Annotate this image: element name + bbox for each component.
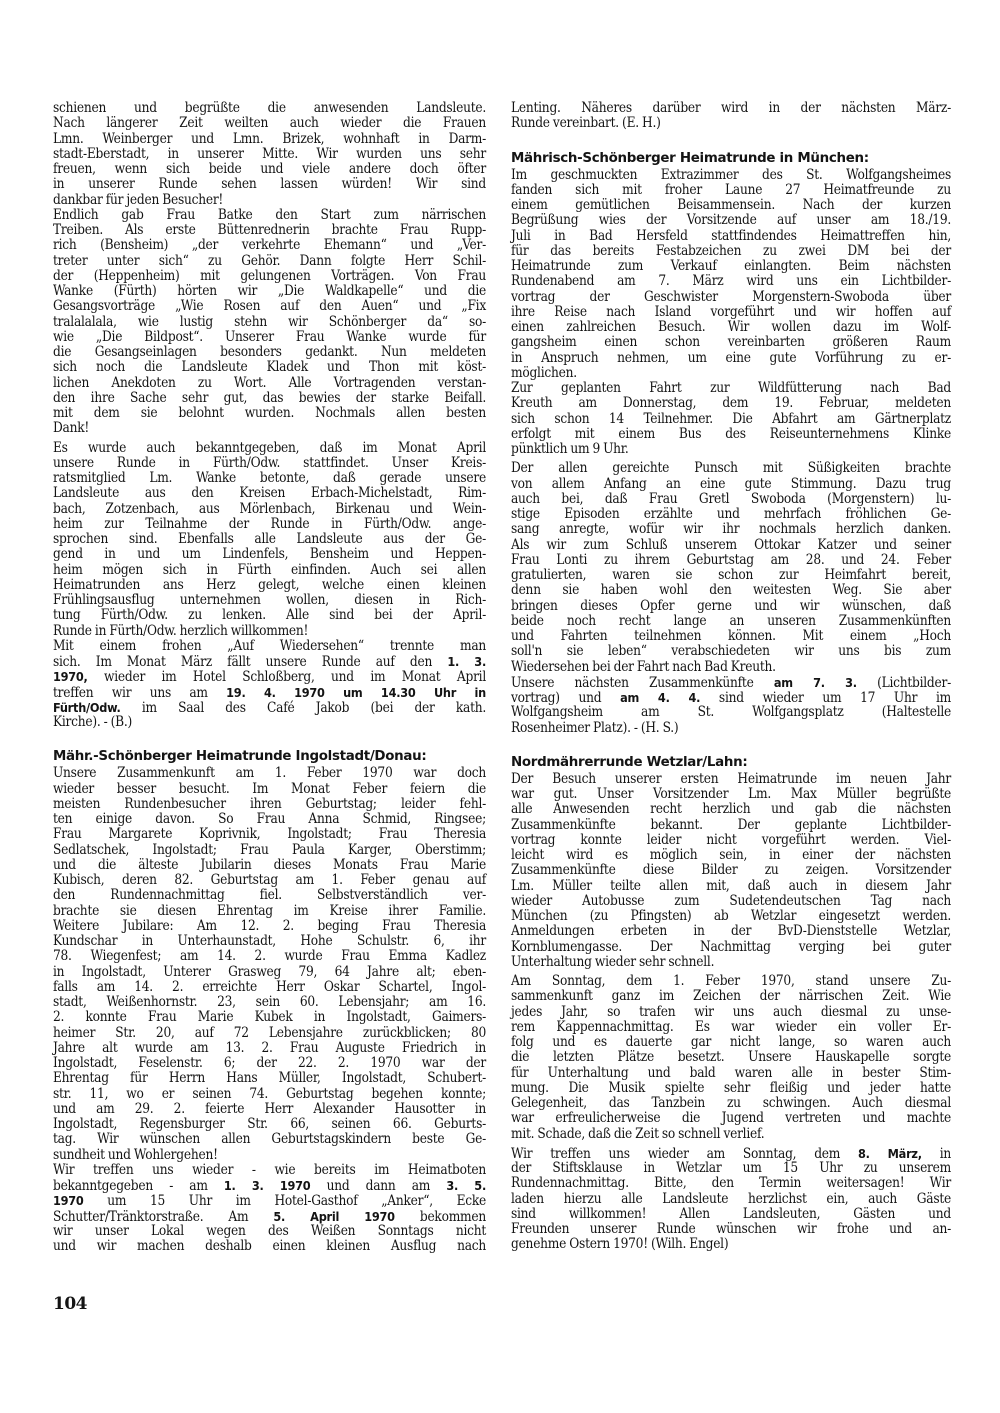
text-segment: um 15 Uhr im Hotel-Gasthof „Anker“, Ecke — [107, 1193, 486, 1209]
muenchen-paragraph-2: Zur geplanten Fahrt zur Wildfütterung na… — [511, 381, 951, 457]
text-line: in Ingolstadt, Unterer Grasweg 79, 64 Ja… — [53, 965, 486, 980]
text-line: Unterhaltung wieder sehr schnell. — [511, 955, 951, 970]
text-line: und die älteste Jubilarin dieses Monats … — [53, 858, 486, 873]
text-line: stadt-Eberstadt, in unserer Mitte. Wir w… — [53, 147, 486, 162]
right-column: Lenting. Näheres darüber wird in der näc… — [511, 101, 951, 1253]
text-line: falls am 14. 2. erreichte Herr Oskar Sch… — [53, 980, 486, 995]
ingolstadt-paragraph-1: Unsere Zusammenkunft am 1. Feber 1970 wa… — [53, 766, 486, 1163]
text-line: Rundennachmittag. Bitte, den Termin weit… — [511, 1176, 951, 1191]
text-line: Wir treffen uns wieder am Sonntag, dem 8… — [511, 1146, 951, 1161]
text-line: für das bereits Festabzeichen zu zwei DM… — [511, 244, 951, 259]
text-line: ratsmitglied Lm. Wanke betonte, daß gera… — [53, 471, 486, 486]
muenchen-paragraph-4: Unsere nächsten Zusammenkünfte am 7. 3. … — [511, 675, 951, 736]
text-segment: bekanntgegeben - am — [53, 1178, 208, 1194]
text-line: Freunden unserer Runde wünschen wir froh… — [511, 1222, 951, 1237]
article-intro-paragraph-4: Mit einem frohen „Auf Wiedersehen“ trenn… — [53, 639, 486, 731]
text-line: in unserer Runde sehen lassen würden! Wi… — [53, 177, 486, 192]
text-line: 1970 um 15 Uhr im Hotel-Gasthof „Anker“,… — [53, 1193, 486, 1208]
text-line: Wolfgangsheim am St. Wolfgangsplatz (Hal… — [511, 705, 951, 720]
text-line: mit. Schade, daß die Zeit so schnell ver… — [511, 1127, 951, 1142]
text-line: Rundenabend am 7. März wird uns ein Lich… — [511, 274, 951, 289]
text-line: sind willkommen! Allen Landsleuten, Gäst… — [511, 1207, 951, 1222]
text-line: rem Kappennachmittag. Es war wieder ein … — [511, 1020, 951, 1035]
text-line: Unsere nächsten Zusammenkünfte am 7. 3. … — [511, 675, 951, 690]
text-line: Ingolstadt, Regensburger Str. 66, seinen… — [53, 1117, 486, 1132]
text-line: Nach längerer Zeit weilten auch wieder d… — [53, 116, 486, 131]
date-highlight: 5. April 1970 — [273, 1209, 394, 1224]
text-line: in Anspruch nehmen, um eine gute Vorführ… — [511, 351, 951, 366]
continuation-paragraph: Lenting. Näheres darüber wird in der näc… — [511, 101, 951, 132]
text-line: ten einige davon. So Frau Anna Schmid, R… — [53, 812, 486, 827]
text-line: vortrag konnte leider nicht vorgeführt w… — [511, 833, 951, 848]
text-line: vortrag der Geschwister Morgenstern-Swob… — [511, 290, 951, 305]
section-heading-wetzlar: Nordmährerrunde Wetzlar/Lahn: — [511, 754, 951, 772]
text-line: Zur geplanten Fahrt zur Wildfütterung na… — [511, 381, 951, 396]
text-line: einem gemütlichen Beisammensein. Nach de… — [511, 198, 951, 213]
text-line: Kirche). - (B.) — [53, 715, 486, 730]
text-line: heim mögen sich in Fürth einfinden. Auch… — [53, 563, 486, 578]
text-line: wie „Die Bildpost“. Unserer Frau Wanke w… — [53, 330, 486, 345]
text-line: Lmn. Weinberger und Lmn. Brizek, wohnhaf… — [53, 132, 486, 147]
text-line: war erfreulicherweise die Jugend vertret… — [511, 1111, 951, 1126]
text-line: stige Episoden erzählte und mehrfach frö… — [511, 507, 951, 522]
text-line: meisten Rundenbesucher ihren Geburtstag;… — [53, 797, 486, 812]
text-line: und Fahrten teilnehmen können. Mit einem… — [511, 629, 951, 644]
text-line: treter unter sich“ zu Gehör. Dann folgte… — [53, 254, 486, 269]
text-line: bringen dieses Opfer gerne und wir wünsc… — [511, 599, 951, 614]
text-line: Kundschar in Unterhaunstadt, Hohe Schuls… — [53, 934, 486, 949]
muenchen-paragraph-1: Im geschmuckten Extrazimmer des St. Wolf… — [511, 168, 951, 382]
section-heading-muenchen: Mährisch-Schönberger Heimatrunde in Münc… — [511, 150, 951, 168]
text-line: gangsheim einen schon vereinbarten größe… — [511, 335, 951, 350]
text-segment: im Saal des Café Jakob (bei der kath. — [142, 700, 486, 716]
text-line: wieder besser besucht. Im Monat Feber fe… — [53, 782, 486, 797]
text-line: str. 11, wo er seinen 74. Geburtstag beg… — [53, 1087, 486, 1102]
text-line: den Rundennachmittag fiel. Selbstverstän… — [53, 888, 486, 903]
article-intro-paragraph-1: schienen und begrüßte die anwesenden Lan… — [53, 101, 486, 208]
text-line: fanden sich mit froher Laune 27 Heimatfr… — [511, 183, 951, 198]
text-line: mit dem sie belohnt wurden. Nochmals all… — [53, 406, 486, 421]
date-highlight: am 4. 4. — [620, 690, 700, 705]
text-segment: treffen wir uns am — [53, 685, 208, 701]
text-line: Heimatrunden ans Herz gelegt, welche ein… — [53, 578, 486, 593]
text-line: Begrüßung wies der Vorsitzende auf unser… — [511, 213, 951, 228]
text-line: Wir treffen uns wieder - wie bereits im … — [53, 1163, 486, 1178]
text-line: Frau Lonti zu ihrem Geburtstag am 28. un… — [511, 553, 951, 568]
wetzlar-paragraph-3: Wir treffen uns wieder am Sonntag, dem 8… — [511, 1146, 951, 1253]
text-line: Heimatrunde zum Verkauf einlangten. Beim… — [511, 259, 951, 274]
text-line: Als wir zum Schluß unserem Ottokar Katze… — [511, 538, 951, 553]
text-segment: und dann am — [327, 1178, 431, 1194]
text-line: pünktlich um 9 Uhr. — [511, 442, 951, 457]
ingolstadt-paragraph-2: Wir treffen uns wieder - wie bereits im … — [53, 1163, 486, 1255]
text-line: war gut. Unser Vorsitzender Lm. Max Müll… — [511, 787, 951, 802]
text-line: Landsleute aus den Kreisen Erbach-Michel… — [53, 486, 486, 501]
wetzlar-paragraph-2: Am Sonntag, dem 1. Feber 1970, stand uns… — [511, 974, 951, 1142]
text-line: ihre Reise nach Island vorgeführt und wi… — [511, 305, 951, 320]
text-line: und wir machen deshalb einen kleinen Aus… — [53, 1239, 486, 1254]
text-line: Endlich gab Frau Batke den Start zum när… — [53, 208, 486, 223]
text-line: jedes Jahr, so trafen wir uns auch diesm… — [511, 1005, 951, 1020]
text-line: Der Besuch unserer ersten Heimatrunde im… — [511, 772, 951, 787]
text-line: möglichen. — [511, 366, 951, 381]
text-line: Gesangsvorträge „Wie Rosen auf den Auen“… — [53, 299, 486, 314]
text-line: München (zu Pfingsten) ab Wetzlar einges… — [511, 909, 951, 924]
article-intro-paragraph-2: Endlich gab Frau Batke den Start zum när… — [53, 208, 486, 437]
text-line: Wiedersehen bei der Fahrt nach Bad Kreut… — [511, 660, 951, 675]
text-line: Frühlingsausflug unternehmen wollen, die… — [53, 593, 486, 608]
page-number: 104 — [53, 1294, 87, 1314]
text-line: sammenkunft ganz im Zeichen der närrisch… — [511, 989, 951, 1004]
date-highlight: 1. 3. 1970 — [224, 1178, 310, 1193]
text-line: Kubisch, deren 82. Geburtstag am 1. Febe… — [53, 873, 486, 888]
text-line: vortrag) und am 4. 4. sind wieder um 17 … — [511, 690, 951, 705]
date-highlight: 1970 — [53, 1193, 84, 1208]
text-line: freuen, wenn sich beide und viele andere… — [53, 162, 486, 177]
text-segment: Unsere nächsten Zusammenkünfte — [511, 675, 754, 691]
text-line: sich schon 14 Teilnehmer. Die Abfahrt am… — [511, 412, 951, 427]
text-line: Im geschmuckten Extrazimmer des St. Wolf… — [511, 168, 951, 183]
text-line: folg und es dauerte gar nicht lange, so … — [511, 1035, 951, 1050]
text-line: brachte sie diesen Ehrentag im Kreise ih… — [53, 904, 486, 919]
text-line: schienen und begrüßte die anwesenden Lan… — [53, 101, 486, 116]
text-line: Kornblumengasse. Der Nachmittag verging … — [511, 940, 951, 955]
text-line: gend in und um Lindenfels, Bensheim und … — [53, 547, 486, 562]
text-line: Runde vereinbart. (E. H.) — [511, 116, 951, 131]
text-line: Dank! — [53, 421, 486, 436]
text-line: Der allen gereichte Punsch mit Süßigkeit… — [511, 461, 951, 476]
text-line: Lm. Müller teilte allen mit, daß auch in… — [511, 879, 951, 894]
text-line: tung Fürth/Odw. zu lenken. Alle sind bei… — [53, 608, 486, 623]
text-line: für Unterhaltung und bald waren alle in … — [511, 1066, 951, 1081]
text-line: der (Heppenheim) mit gelungenen Vorträge… — [53, 269, 486, 284]
text-line: leicht wird es möglich sein, in einer de… — [511, 848, 951, 863]
text-line: bekanntgegeben - am 1. 3. 1970 und dann … — [53, 1178, 486, 1193]
text-line: tag. Wir wünschen allen Geburtstagskinde… — [53, 1132, 486, 1147]
text-line: beide noch recht lange an unseren Zusamm… — [511, 614, 951, 629]
date-highlight: 8. März, — [858, 1146, 922, 1161]
text-line: tralalalala, wie lustig stehn wir Schönb… — [53, 315, 486, 330]
text-line: Mit einem frohen „Auf Wiedersehen“ trenn… — [53, 639, 486, 654]
date-highlight: 1. 3. — [447, 654, 486, 669]
text-line: von allem Anfang an eine gute Stimmung. … — [511, 477, 951, 492]
section-heading-ingolstadt: Mähr.-Schönberger Heimatrunde Ingolstadt… — [53, 748, 486, 766]
text-line: wir unser Lokal wegen des Weißen Sonntag… — [53, 1224, 486, 1239]
text-line: sundheit und Wohlergehen! — [53, 1148, 486, 1163]
date-highlight: 19. 4. 1970 um 14.30 Uhr in — [226, 685, 486, 700]
text-line: Am Sonntag, dem 1. Feber 1970, stand uns… — [511, 974, 951, 989]
text-line: gratulierten, waren sie schon zur Heimfa… — [511, 568, 951, 583]
left-column: schienen und begrüßte die anwesenden Lan… — [53, 101, 486, 1254]
text-line: Wanke (Fürth) hörten wir „Die Waldkapell… — [53, 284, 486, 299]
text-line: den ihre Sache sehr gut, das bewies der … — [53, 391, 486, 406]
text-line: einen zahlreichen Besuch. Wir wollen daz… — [511, 320, 951, 335]
text-line: Jahre alt wurde am 13. 2. Frau Auguste F… — [53, 1041, 486, 1056]
text-line: der Stiftsklause in Wetzlar um 15 Uhr zu… — [511, 1161, 951, 1176]
text-line: alle Anwesenden recht herzlich und gab d… — [511, 802, 951, 817]
text-line: 1970, wieder im Hotel Schloßberg, und im… — [53, 669, 486, 684]
text-line: Gelegenheit, das Tanzbein zu schwingen. … — [511, 1096, 951, 1111]
text-line: Frau Margarete Koprivnik, Ingolstadt; Fr… — [53, 827, 486, 842]
text-line: laden hierzu alle Landsleute herzlichst … — [511, 1192, 951, 1207]
text-line: dankbar für jeden Besucher! — [53, 193, 486, 208]
article-intro-paragraph-3: Es wurde auch bekanntgegeben, daß im Mon… — [53, 441, 486, 639]
text-line: mung. Die Musik spielte sehr fleißig und… — [511, 1081, 951, 1096]
text-line: rich (Bensheim) „der verkehrte Ehemann“ … — [53, 238, 486, 253]
text-line: Kreuth am Donnerstag, dem 19. Februar, m… — [511, 396, 951, 411]
text-segment: wieder im Hotel Schloßberg, und im Monat… — [104, 669, 486, 685]
text-line: Lenting. Näheres darüber wird in der näc… — [511, 101, 951, 116]
text-line: soll'n sie leben“ verabschiedeten wir un… — [511, 644, 951, 659]
text-segment: (Lichtbilder- — [877, 675, 951, 691]
text-segment: sich. Im Monat März fällt unsere Runde a… — [53, 654, 432, 670]
text-line: stadt, Weißenhornstr. 23, sein 60. Leben… — [53, 995, 486, 1010]
text-line: Weitere Jubilare: Am 12. 2. beging Frau … — [53, 919, 486, 934]
text-line: Schutter/Tränktorstraße. Am 5. April 197… — [53, 1209, 486, 1224]
text-line: treffen wir uns am 19. 4. 1970 um 14.30 … — [53, 685, 486, 700]
text-line: lichen Anekdoten zu Wort. Alle Vortragen… — [53, 376, 486, 391]
text-line: Treiben. Als erste Büttenrednerin bracht… — [53, 223, 486, 238]
text-line: sang anregte, wofür wir ihr nochmals her… — [511, 522, 951, 537]
text-line: Rosenheimer Platz). - (H. S.) — [511, 721, 951, 736]
text-line: heimer Str. 20, auf 72 Lebensjahre zurüc… — [53, 1026, 486, 1041]
text-line: genehme Ostern 1970! (Wilh. Engel) — [511, 1237, 951, 1252]
text-line: sprochen sind. Ebenfalls alle Landsleute… — [53, 532, 486, 547]
text-line: erfolgt mit einem Bus des Reiseunternehm… — [511, 427, 951, 442]
text-line: Sedlatschek, Ingolstadt; Frau Paula Karg… — [53, 843, 486, 858]
date-highlight: am 7. 3. — [774, 675, 857, 690]
text-line: Ingolstadt, Feselenstr. 6; der 22. 2. 19… — [53, 1056, 486, 1071]
text-line: wieder Autobusse zum Sudetendeutschen Ta… — [511, 894, 951, 909]
wetzlar-paragraph-1: Der Besuch unserer ersten Heimatrunde im… — [511, 772, 951, 970]
text-line: Unsere Zusammenkunft am 1. Feber 1970 wa… — [53, 766, 486, 781]
text-line: unsere Runde in Fürth/Odw. stattfindet. … — [53, 456, 486, 471]
text-line: denn sie haben wohl den weitesten Weg. S… — [511, 583, 951, 598]
text-line: sich. Im Monat März fällt unsere Runde a… — [53, 654, 486, 669]
text-line: Zusammenkünfte diese Bilder zu zeigen. V… — [511, 863, 951, 878]
text-line: und am 29. 2. feierte Herr Alexander Hau… — [53, 1102, 486, 1117]
date-highlight: 3. 5. — [446, 1178, 486, 1193]
text-line: 2. konnte Frau Marie Kubek in Ingolstadt… — [53, 1010, 486, 1025]
text-line: Runde in Fürth/Odw. herzlich willkommen! — [53, 624, 486, 639]
text-line: bach, Zotzenbach, aus Mörlenbach, Birken… — [53, 502, 486, 517]
text-line: die letzten Plätze besetzt. Unsere Hausk… — [511, 1050, 951, 1065]
text-line: Es wurde auch bekanntgegeben, daß im Mon… — [53, 441, 486, 456]
date-highlight: 1970, — [53, 669, 88, 684]
text-line: 78. Wiegenfest; am 14. 2. wurde Frau Emm… — [53, 949, 486, 964]
muenchen-paragraph-3: Der allen gereichte Punsch mit Süßigkeit… — [511, 461, 951, 675]
text-line: auch bei, daß Frau Gretl Swoboda (Morgen… — [511, 492, 951, 507]
text-line: sich noch die Landsleute Kladek und Thon… — [53, 360, 486, 375]
text-line: die Gesangseinlagen besonders gedankt. N… — [53, 345, 486, 360]
text-line: Zusammenkünfte bekannt. Der geplante Lic… — [511, 818, 951, 833]
location-highlight: Fürth/Odw. — [53, 700, 121, 715]
text-line: heim zur Teilnahme der Runde in Fürth/Od… — [53, 517, 486, 532]
text-line: Fürth/Odw. im Saal des Café Jakob (bei d… — [53, 700, 486, 715]
text-line: Ehrentag für Herrn Hans Müller, Ingolsta… — [53, 1071, 486, 1086]
text-line: Juli in Bad Hersfeld stattfindendes Heim… — [511, 229, 951, 244]
text-line: Anmeldungen erbeten in der BvD-Dienstste… — [511, 924, 951, 939]
